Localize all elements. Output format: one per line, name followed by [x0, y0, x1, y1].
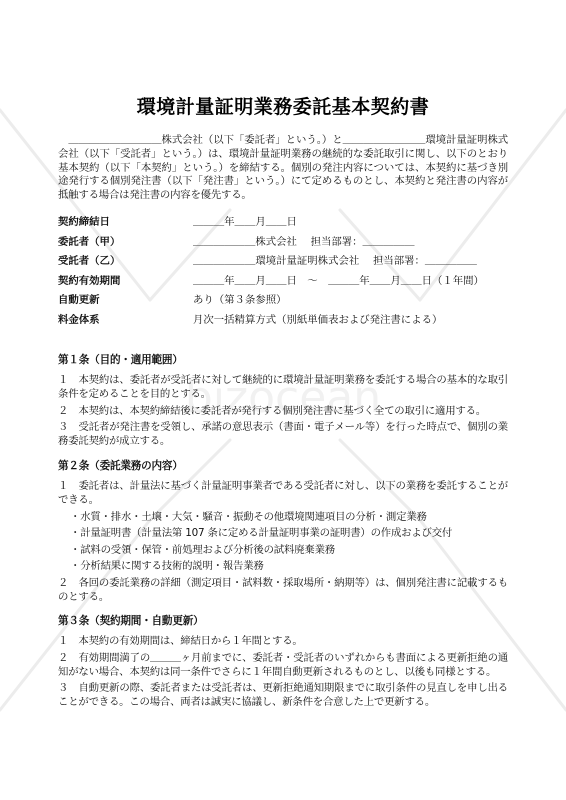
info-row-fee-system: 料金体系 月次一括精算方式（別紙単価表および発注書による） [58, 314, 508, 334]
bullet-item: ・分析結果に関する技術的説明・報告業務 [70, 559, 508, 573]
bullet-item: ・計量証明書（計量法第 107 条に定める計量証明事業の証明書）の作成および交付 [70, 526, 508, 540]
clause: １ 本契約は、委託者が受託者に対して継続的に環境計量証明業務を委託する場合の基本… [58, 373, 508, 401]
info-row-term: 契約有効期間 ＿＿＿年＿＿月＿＿日 ～ ＿＿＿年＿＿月＿＿日（１年間） [58, 275, 508, 295]
info-label: 受託者（乙） [58, 255, 193, 275]
bullet-item: ・水質・排水・土壌・大気・騒音・振動その他環境関連項目の分析・測定業務 [70, 510, 508, 524]
article-heading: 第１条（目的・適用範囲） [58, 354, 508, 367]
clause: ２ 有効期間満了の＿＿＿ヶ月前までに、委託者・受託者のいずれからも書面による更新… [58, 651, 508, 679]
info-value: ＿＿＿年＿＿月＿＿日 ～ ＿＿＿年＿＿月＿＿日（１年間） [193, 275, 508, 295]
info-row-signing-date: 契約締結日 ＿＿＿年＿＿月＿＿日 [58, 216, 508, 236]
article-heading: 第３条（契約期間・自動更新） [58, 615, 508, 628]
info-row-auto-renewal: 自動更新 あり（第３条参照） [58, 294, 508, 314]
document-title: 環境計量証明業務委託基本契約書 [58, 92, 508, 119]
article-2: 第２条（委託業務の内容） １ 委託者は、計量法に基づく計量証明事業者である受託者… [58, 460, 508, 606]
preamble: ＿＿＿＿＿＿＿＿＿株式会社（以下「委託者」という。）と＿＿＿＿＿＿＿＿環境計量証… [58, 134, 508, 203]
clause: １ 本契約の有効期間は、締結日から１年間とする。 [58, 634, 508, 648]
info-row-client: 委託者（甲） ＿＿＿＿＿＿株式会社 担当部署：＿＿＿＿＿ [58, 236, 508, 256]
clause: １ 委託者は、計量法に基づく計量証明事業者である受託者に対し、以下の業務を委託す… [58, 479, 508, 507]
contract-info-table: 契約締結日 ＿＿＿年＿＿月＿＿日 委託者（甲） ＿＿＿＿＿＿株式会社 担当部署：… [58, 216, 508, 333]
info-label: 契約有効期間 [58, 275, 193, 295]
info-value: ＿＿＿年＿＿月＿＿日 [193, 216, 508, 236]
clause: ３ 受託者が発注書を受領し、承諾の意思表示（書面・電子メール等）を行った時点で、… [58, 420, 508, 448]
article-3: 第３条（契約期間・自動更新） １ 本契約の有効期間は、締結日から１年間とする。 … [58, 615, 508, 712]
info-value: ＿＿＿＿＿＿株式会社 担当部署：＿＿＿＿＿ [193, 236, 508, 256]
info-value: ＿＿＿＿＿＿環境計量証明株式会社 担当部署：＿＿＿＿＿ [193, 255, 508, 275]
article-heading: 第２条（委託業務の内容） [58, 460, 508, 473]
bullet-item: ・試料の受領・保管・前処理および分析後の試料廃棄業務 [70, 543, 508, 557]
info-value: 月次一括精算方式（別紙単価表および発注書による） [193, 314, 508, 334]
info-label: 料金体系 [58, 314, 193, 334]
clause: ２ 本契約は、本契約締結後に委託者が発行する個別発注書に基づく全ての取引に適用す… [58, 404, 508, 418]
info-label: 契約締結日 [58, 216, 193, 236]
info-label: 自動更新 [58, 294, 193, 314]
clause: ３ 自動更新の際、委託者または受託者は、更新拒絶通知期限までに取引条件の見直しを… [58, 681, 508, 709]
clause: ２ 各回の委託業務の詳細（測定項目・試料数・採取場所・納期等）は、個別発注書に記… [58, 576, 508, 604]
info-label: 委託者（甲） [58, 236, 193, 256]
info-value: あり（第３条参照） [193, 294, 508, 314]
article-1: 第１条（目的・適用範囲） １ 本契約は、委託者が受託者に対して継続的に環境計量証… [58, 354, 508, 451]
info-row-contractor: 受託者（乙） ＿＿＿＿＿＿環境計量証明株式会社 担当部署：＿＿＿＿＿ [58, 255, 508, 275]
